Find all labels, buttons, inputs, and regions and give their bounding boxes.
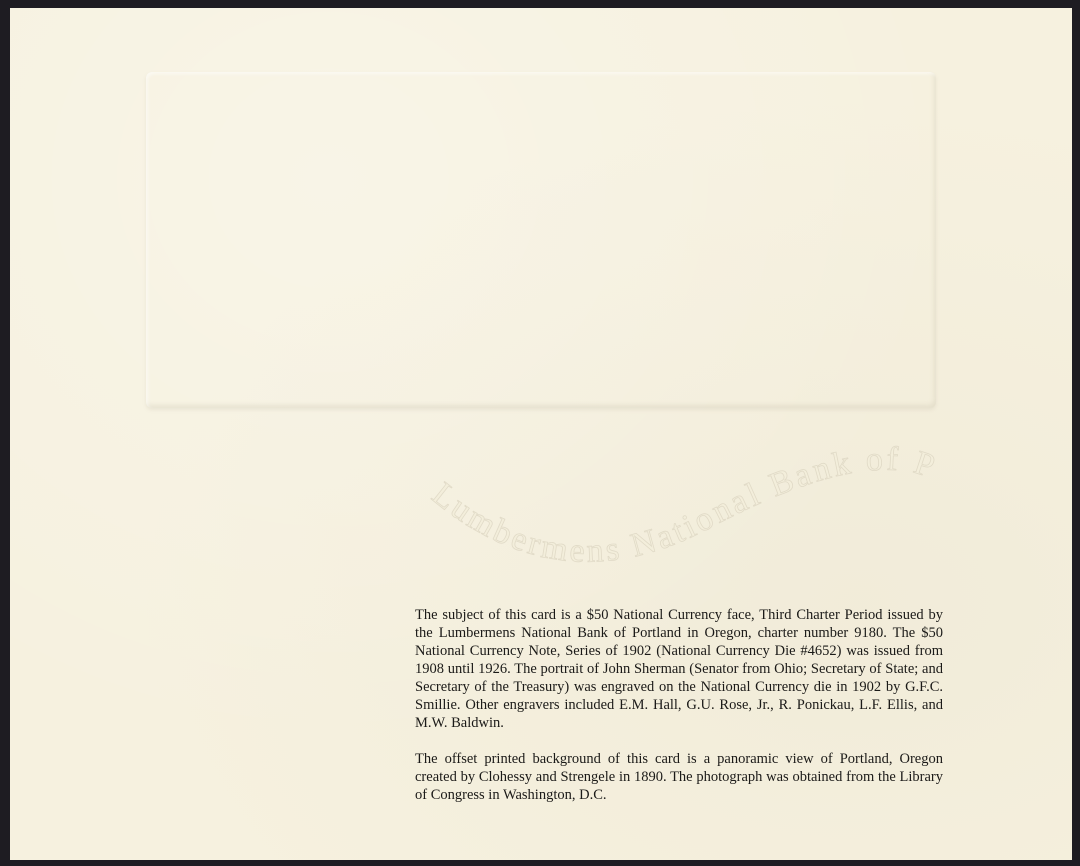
embossed-inscription-text: Lumbermens National Bank of Portland in … <box>410 438 942 570</box>
svg-text:Lumbermens National Bank of Po: Lumbermens National Bank of Portland in … <box>410 438 942 570</box>
embossed-inscription: Lumbermens National Bank of Portland in … <box>410 438 950 588</box>
description-paragraph-background: The offset printed background of this ca… <box>415 750 943 804</box>
description-paragraph-subject: The subject of this card is a $50 Nation… <box>415 606 943 732</box>
card-description: The subject of this card is a $50 Nation… <box>415 606 943 804</box>
souvenir-card: Lumbermens National Bank of Portland in … <box>10 8 1072 860</box>
embossed-currency-plate <box>146 72 936 408</box>
